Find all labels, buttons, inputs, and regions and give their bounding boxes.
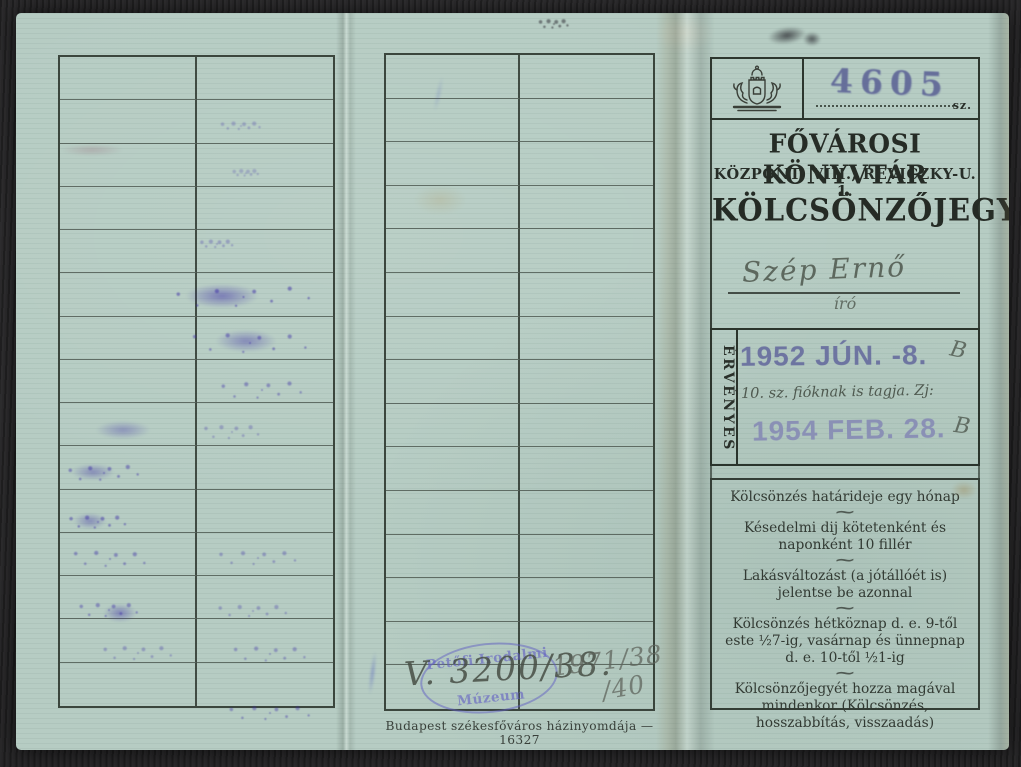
ledger-cell <box>386 273 520 317</box>
ink-smudge <box>656 13 714 53</box>
holder-name-handwritten: Szép Ernő <box>741 250 906 289</box>
ledger-cell <box>197 317 334 360</box>
ledger-cell <box>386 99 520 143</box>
ledger-cell <box>60 144 197 187</box>
squiggle-divider: ~ <box>620 506 1009 520</box>
ledger-cell <box>197 619 334 662</box>
ledger-cell <box>386 360 520 404</box>
serial-header-box: 4605 sz. <box>710 57 980 120</box>
ledger-cell <box>520 186 654 230</box>
card-right-edge-shading <box>988 13 1009 750</box>
squiggle-divider: ~ <box>620 667 1009 681</box>
cover-panel: 4605 sz. FŐVÁROSI KÖNYVTÁR KÖZPONT: VIII… <box>710 57 980 710</box>
lending-card: 4605 sz. FŐVÁROSI KÖNYVTÁR KÖZPONT: VIII… <box>16 13 1009 750</box>
loan-record-table-middle <box>384 53 655 711</box>
squiggle-divider: ~ <box>620 554 1009 568</box>
ink-smudge <box>367 651 377 695</box>
ledger-cell <box>520 99 654 143</box>
ledger-cell <box>197 360 334 403</box>
serial-suffix-label: sz. <box>953 99 972 112</box>
ledger-cell <box>197 273 334 316</box>
ledger-cell <box>60 57 197 100</box>
card-title: KÖLCSÖNZŐJEGY <box>712 192 978 228</box>
ledger-cell <box>60 230 197 273</box>
budapest-coat-of-arms-icon <box>725 64 789 114</box>
ledger-cell <box>197 144 334 187</box>
ledger-cell <box>197 100 334 143</box>
ledger-cell <box>386 578 520 622</box>
squiggle-divider: ~ <box>620 602 1009 616</box>
loan-record-table-left <box>58 55 335 708</box>
rules-box: Kölcsönzés határideje egy hónap ~ Késede… <box>710 478 980 710</box>
ledger-cell <box>60 403 197 446</box>
fold-crease-right <box>656 13 718 750</box>
ledger-cell <box>386 447 520 491</box>
ledger-cell <box>60 273 197 316</box>
ledger-cell <box>197 57 334 100</box>
serial-number-cell: 4605 sz. <box>804 59 978 118</box>
panel-spacer <box>710 466 980 478</box>
until-initials-handwritten: B <box>952 413 971 440</box>
ledger-cell <box>197 230 334 273</box>
ink-smudge <box>767 24 807 46</box>
ledger-cell <box>60 446 197 489</box>
ledger-cell <box>60 187 197 230</box>
ledger-cell <box>520 229 654 273</box>
printer-imprint: Budapest székesfőváros házinyomdája — 16… <box>384 719 655 747</box>
ledger-cell <box>520 55 654 99</box>
rule-text-4: Kölcsönzés hétköznap d. e. 9-től este ½7… <box>720 616 970 667</box>
ledger-cell <box>520 447 654 491</box>
ledger-cell <box>60 533 197 576</box>
ledger-cell <box>386 186 520 230</box>
ledger-cell <box>60 100 197 143</box>
ledger-cell <box>386 404 520 448</box>
fold-crease-left <box>336 13 356 750</box>
crest-cell <box>712 59 804 118</box>
ink-smudge <box>538 17 570 31</box>
ledger-cell <box>197 663 334 706</box>
ledger-cell <box>386 535 520 579</box>
ledger-cell <box>386 55 520 99</box>
ledger-cell <box>197 187 334 230</box>
ledger-cell <box>60 576 197 619</box>
rule-text-3: Lakásváltozást (a jótállóét is) jelentse… <box>720 568 970 602</box>
ledger-cell <box>60 317 197 360</box>
ledger-cell <box>197 446 334 489</box>
ledger-cell <box>197 576 334 619</box>
branch-note-handwritten: 10. sz. fióknak is tagja. Zj: <box>741 382 977 402</box>
ledger-cell <box>520 142 654 186</box>
validity-body: 1952 JÚN. -8. B 10. sz. fióknak is tagja… <box>738 330 978 464</box>
validity-box: ÉRVÉNYES 1952 JÚN. -8. B 10. sz. fióknak… <box>710 328 980 466</box>
holder-occupation-handwritten: író <box>712 294 978 313</box>
ledger-cell <box>386 317 520 361</box>
validity-from-date-stamp: 1952 JÚN. -8. <box>740 339 928 373</box>
from-initials-handwritten: B <box>948 337 969 365</box>
ledger-cell <box>197 403 334 446</box>
validity-until-date-stamp: 1954 FEB. 28. <box>752 412 946 447</box>
ledger-cell <box>386 491 520 535</box>
ledger-cell <box>520 360 654 404</box>
ledger-cell <box>60 360 197 403</box>
ink-smudge <box>803 32 821 46</box>
rule-text-5: Kölcsönzőjegyét hozza magával mindenkor … <box>720 681 970 732</box>
scan-background: 4605 sz. FŐVÁROSI KÖNYVTÁR KÖZPONT: VIII… <box>0 0 1021 767</box>
ledger-cell <box>60 663 197 706</box>
ledger-cell <box>520 404 654 448</box>
ledger-cell <box>386 229 520 273</box>
ledger-cell <box>60 619 197 662</box>
ledger-cell <box>386 142 520 186</box>
validity-side-label: ÉRVÉNYES <box>712 330 738 464</box>
ledger-cell <box>60 490 197 533</box>
ledger-cell <box>520 317 654 361</box>
masthead-box: FŐVÁROSI KÖNYVTÁR KÖZPONT: VIII., REVICZ… <box>710 120 980 328</box>
serial-dotted-line <box>816 105 954 107</box>
rule-text-2: Késedelmi dij kötetenként és naponként 1… <box>720 520 970 554</box>
ledger-cell <box>197 533 334 576</box>
ledger-cell <box>197 490 334 533</box>
ledger-cell <box>520 273 654 317</box>
serial-number-stamp: 4605 <box>829 61 950 104</box>
